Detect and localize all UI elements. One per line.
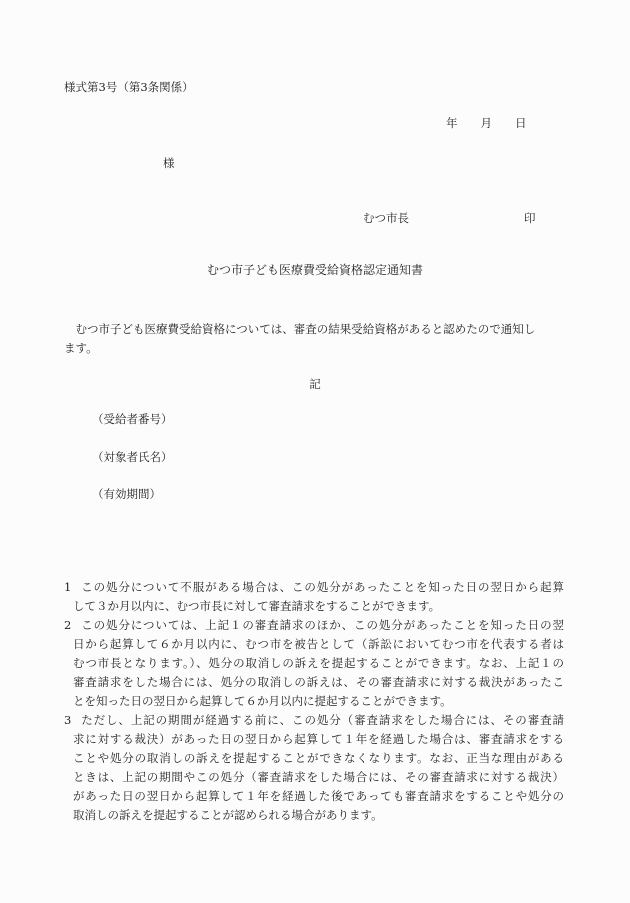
note-number: 2	[64, 618, 71, 632]
note-text: ただし、上記の期間が経過する前に、この処分（審査請求をした場合には、その審査請	[80, 713, 564, 727]
addressee-suffix: 様	[163, 155, 175, 171]
note-line: があった日の翌日から起算して１年を経過した後であっても審査請求をすることや処分の	[73, 787, 564, 806]
intro-line: ます。	[64, 339, 564, 358]
intro-line: むつ市子ども医療費受給資格については、審査の結果受給資格があると認めたので通知し	[64, 320, 564, 339]
appeal-notes: 1この処分について不服がある場合は、この処分があったことを知った日の翌日から起算…	[64, 578, 564, 825]
field-label-valid-period: （有効期間）	[92, 486, 161, 502]
record-marker: 記	[15, 376, 615, 392]
form-number: 様式第3号（第3条関係）	[64, 79, 194, 95]
note-line: むつ市長となります。）、処分の取消しの訴えを提起することができます。なお、上記１…	[73, 654, 564, 673]
note-line: 取消しの訴えを提起することが認められる場合があります。	[73, 806, 564, 825]
seal-mark: 印	[524, 210, 536, 226]
field-label-subject-name: （対象者氏名）	[92, 449, 173, 465]
note-number: 3	[64, 713, 71, 727]
note-text: この処分について不服がある場合は、この処分があったことを知った日の翌日から起算	[80, 580, 564, 594]
note-line: とを知った日の翌日から起算して６か月以内に提起することができます。	[73, 692, 564, 711]
field-label-recipient-number: （受給者番号）	[92, 411, 173, 427]
note-line: ことや処分の取消しの訴えを提起することができなくなります。なお、正当な理由がある	[73, 749, 564, 768]
note-line: して３か月以内に、むつ市長に対して審査請求をすることができます。	[73, 597, 564, 616]
note-line: 3ただし、上記の期間が経過する前に、この処分（審査請求をした場合には、その審査請	[73, 711, 564, 730]
note-line: 1この処分について不服がある場合は、この処分があったことを知った日の翌日から起算	[73, 578, 564, 597]
document-title: むつ市子ども医療費受給資格認定通知書	[15, 261, 615, 278]
note-item: 2この処分については、上記１の審査請求のほか、この処分があったことを知った日の翌…	[64, 616, 564, 711]
date-line: 年 月 日	[446, 115, 527, 131]
mayor-title: むつ市長	[363, 210, 409, 226]
note-number: 1	[64, 580, 71, 594]
note-line: 2この処分については、上記１の審査請求のほか、この処分があったことを知った日の翌	[73, 616, 564, 635]
note-line: 審査請求をした場合には、処分の取消しの訴えは、その審査請求に対する裁決があったこ	[73, 673, 564, 692]
note-item: 1この処分について不服がある場合は、この処分があったことを知った日の翌日から起算…	[64, 578, 564, 616]
note-line: ときは、上記の期間やこの処分（審査請求をした場合には、その審査請求に対する裁決）	[73, 768, 564, 787]
note-line: 日から起算して６か月以内に、むつ市を被告として（訴訟においてむつ市を代表する者は	[73, 635, 564, 654]
intro-paragraph: むつ市子ども医療費受給資格については、審査の結果受給資格があると認めたので通知し…	[64, 320, 564, 359]
notice-document-page: 様式第3号（第3条関係） 年 月 日 様 むつ市長 印 むつ市子ども医療費受給資…	[0, 0, 630, 903]
note-line: 求に対する裁決）があった日の翌日から起算して１年を経過した場合は、審査請求をする	[73, 730, 564, 749]
note-text: この処分については、上記１の審査請求のほか、この処分があったことを知った日の翌	[80, 618, 564, 632]
note-item: 3ただし、上記の期間が経過する前に、この処分（審査請求をした場合には、その審査請…	[64, 711, 564, 825]
